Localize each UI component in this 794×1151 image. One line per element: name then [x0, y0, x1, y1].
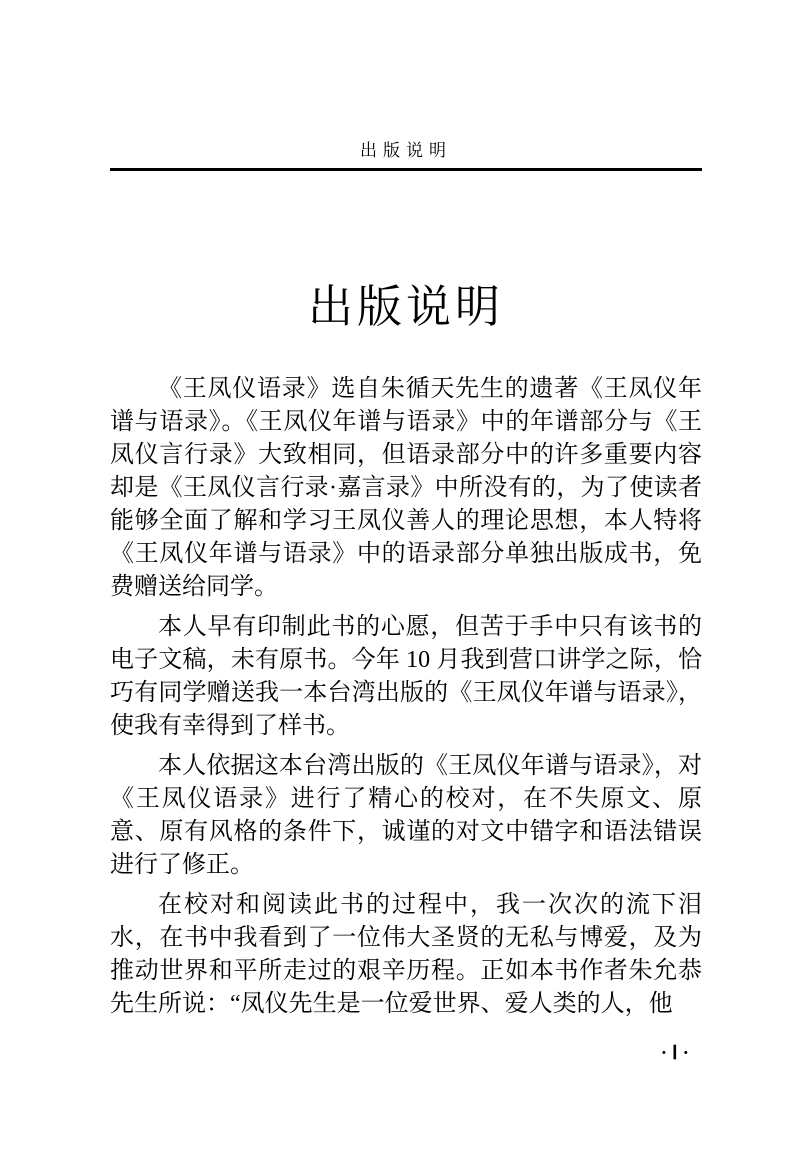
paragraph: 本人早有印制此书的心愿，但苦于手中只有该书的电子文稿，未有原书。今年 10 月我… [110, 611, 702, 743]
paragraph: 在校对和阅读此书的过程中，我一次次的流下泪水，在书中我看到了一位伟大圣贤的无私与… [110, 889, 702, 1021]
page-body: 《王凤仪语录》选自朱循天先生的遗著《王凤仪年谱与语录》。《王凤仪年谱与语录》中的… [110, 373, 702, 1021]
page-content: 出版说明 出版说明 《王凤仪语录》选自朱循天先生的遗著《王凤仪年谱与语录》。《王… [110, 0, 702, 1028]
page-number: ·Ⅰ· [661, 1042, 694, 1065]
paragraph: 《王凤仪语录》选自朱循天先生的遗著《王凤仪年谱与语录》。《王凤仪年谱与语录》中的… [110, 373, 702, 604]
page-title: 出版说明 [110, 284, 702, 329]
book-page: 出版说明 出版说明 《王凤仪语录》选自朱循天先生的遗著《王凤仪年谱与语录》。《王… [0, 0, 794, 1151]
running-header: 出版说明 [110, 0, 702, 161]
paragraph: 本人依据这本台湾出版的《王凤仪年谱与语录》，对《王凤仪语录》进行了精心的校对，在… [110, 750, 702, 882]
header-divider [110, 168, 702, 171]
